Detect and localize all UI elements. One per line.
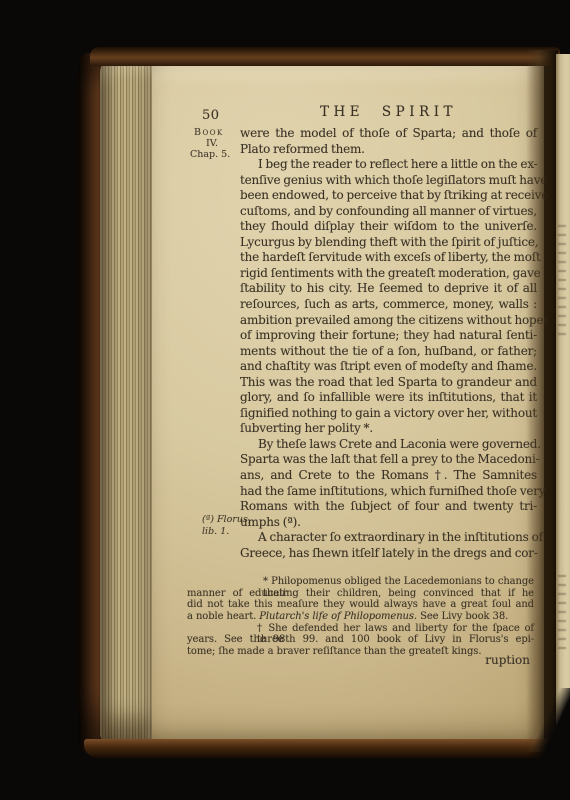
- text-line: ſubverting her polity *.: [240, 421, 537, 437]
- text-line: reſources, ſuch as arts, commerce, money…: [240, 297, 537, 313]
- text-line: ſtability to his city. He ſeemed to depr…: [240, 281, 537, 297]
- text-line: I beg the reader to reflect here a littl…: [240, 157, 537, 173]
- text-line: tenſive genius with which thoſe legiſlat…: [240, 173, 537, 189]
- catchword: ruption: [430, 653, 530, 667]
- text-line: cuſtoms, and by confounding all manner o…: [240, 204, 537, 220]
- bottom-right-shadow: [528, 688, 570, 760]
- running-header-title: THE SPIRIT: [240, 104, 537, 120]
- sidenote-line: Book: [190, 127, 240, 138]
- text-line: Lycurgus by blending theft with the ſpir…: [240, 235, 537, 251]
- book-photograph: 50 THE SPIRIT BookIV.Chap. 5. (ª) Florus…: [0, 0, 570, 800]
- text-line: ambition prevailed among the citizens wi…: [240, 313, 537, 329]
- text-line: of improving their fortune; they had nat…: [240, 328, 537, 344]
- book-cover-top-edge: [90, 47, 560, 66]
- footnote-text: See Livy book 38.: [417, 611, 508, 622]
- text-line: A character ſo extraordinary in the inſt…: [240, 530, 537, 546]
- footnote-text: a noble heart.: [187, 611, 259, 622]
- text-line: they ſhould diſplay their wiſdom to the …: [240, 219, 537, 235]
- text-line: and chaſtity was ſtript even of modeſty …: [240, 359, 537, 375]
- text-line: ans, and Crete to the Romans †. The Samn…: [240, 468, 537, 484]
- text-line: By theſe laws Crete and Laconia were gov…: [240, 437, 537, 453]
- book-cover-bottom-edge: [84, 739, 554, 758]
- facing-page-text-marks: [558, 575, 566, 655]
- text-line: been endowed, to perceive that by ſtriki…: [240, 188, 537, 204]
- footnote-line: years. See the 98th 99. and 100 book of …: [187, 634, 534, 646]
- footnote-block: * Philopomenus obliged the Lacedemonians…: [187, 576, 534, 658]
- text-line: had the ſame inſtitutions, which furniſh…: [240, 484, 537, 500]
- footnote-line: manner of educating their children, bein…: [187, 588, 534, 600]
- facing-page-text-marks: [558, 225, 566, 340]
- footnote-line: a noble heart. Plutarch's life of Philop…: [187, 611, 534, 623]
- text-line: Greece, has ſhewn itſelf lately in the d…: [240, 546, 537, 562]
- text-line: Plato reformed them.: [240, 142, 537, 158]
- gutter-shadow: [526, 50, 558, 752]
- sidenote-line: Chap. 5.: [190, 149, 240, 160]
- text-line: rigid ſentiments with the greateſt moder…: [240, 266, 537, 282]
- text-line: umphs (ª).: [240, 515, 537, 531]
- footnote-line: did not take this meaſure they would alw…: [187, 599, 534, 611]
- page-number: 50: [202, 108, 220, 123]
- text-line: ments without the tie of a ſon, huſband,…: [240, 344, 537, 360]
- text-line: ſignified nothing to gain a victory over…: [240, 406, 537, 422]
- sidenote-book-chapter: BookIV.Chap. 5.: [190, 127, 240, 160]
- italic-citation: Plutarch's life of Philopomenus.: [259, 611, 417, 622]
- page-stack-fore-edge: [100, 57, 152, 745]
- sidenote-line: IV.: [190, 138, 240, 149]
- footnote-line: † She defended her laws and liberty for …: [187, 623, 534, 635]
- text-line: were the model of thoſe of Sparta; and t…: [240, 126, 537, 142]
- text-line: the hardeſt ſervitude with exceſs of lib…: [240, 250, 537, 266]
- footnote-line: * Philopomenus obliged the Lacedemonians…: [187, 576, 534, 588]
- text-line: Romans with the ſubject of four and twen…: [240, 499, 537, 515]
- text-line: glory, and ſo infallible were its inſtit…: [240, 390, 537, 406]
- body-text: were the model of thoſe of Sparta; and t…: [240, 126, 537, 561]
- text-line: Sparta was the laſt that fell a prey to …: [240, 452, 537, 468]
- text-line: This was the road that led Sparta to gra…: [240, 375, 537, 391]
